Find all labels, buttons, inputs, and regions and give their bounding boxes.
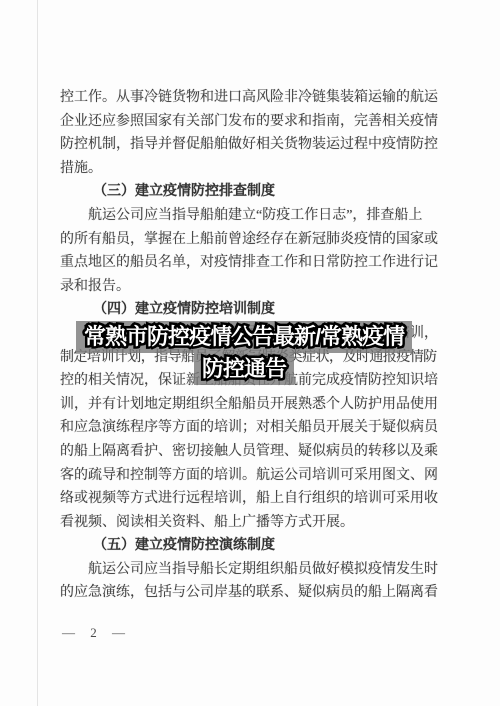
- text-line: 防控机制，指导并督促船舶做好相关货物装运过程中疫情防控: [60, 133, 452, 157]
- text-line: 的船上隔离看护、密切接触人员管理、疑似病员的转移以及乘: [60, 440, 452, 464]
- text-line: 的应急演练，包括与公司岸基的联系、疑似病员的船上隔离看: [60, 581, 452, 605]
- scanned-document-page: 控工作。从事冷链货物和进口高风险非冷链集装箱运输的航运企业还应参照国家有关部门发…: [0, 0, 500, 706]
- text-line: 的所有船员，掌握在上船前曾途经存在新冠肺炎疫情的国家或: [60, 228, 452, 252]
- text-line: 措施。: [60, 157, 452, 181]
- text-line: （三）建立疫情防控排查制度: [60, 180, 452, 204]
- watermark-title-line1: 常熟市防控疫情公告最新/常熟疫情: [76, 321, 412, 353]
- text-line: 训，并有计划地定期组织全船船员开展熟悉个人防护用品使用: [60, 393, 452, 417]
- text-line: 录和报告。: [60, 275, 452, 299]
- watermark-title-row: 防控通告: [0, 353, 488, 385]
- text-line: 控工作。从事冷链货物和进口高风险非冷链集装箱运输的航运: [60, 86, 452, 110]
- text-line: 看视频、阅读相关资料、船上广播等方式开展。: [60, 511, 452, 535]
- text-line: 企业还应参照国家有关部门发布的要求和指南，完善相关疫情: [60, 110, 452, 134]
- watermark-title-row: 常熟市防控疫情公告最新/常熟疫情: [0, 321, 488, 353]
- text-line: （五）建立疫情防控演练制度: [60, 534, 452, 558]
- text-line: 客的疏导和控制等方面的培训。航运公司培训可采用图文、网: [60, 464, 452, 488]
- text-line: （四）建立疫情防控培训制度: [60, 298, 452, 322]
- watermark-title-line2: 防控通告: [194, 353, 294, 385]
- page-number: — 2 —: [62, 625, 130, 641]
- text-line: 航运公司应当指导船舶建立“防疫工作日志”，排查船上: [60, 204, 452, 228]
- text-line: 重点地区的船员名单，对疫情排查工作和日常防控工作进行记: [60, 251, 452, 275]
- text-line: 航运公司应当指导船长定期组织船员做好模拟疫情发生时: [60, 558, 452, 582]
- text-line: 络或视频等方式进行远程培训，船上自行组织的培训可采用收: [60, 487, 452, 511]
- watermark-title-overlay: 常熟市防控疫情公告最新/常熟疫情 防控通告: [0, 321, 488, 385]
- text-line: 和应急演练程序等方面的培训；对相关船员开展关于疑似病员: [60, 416, 452, 440]
